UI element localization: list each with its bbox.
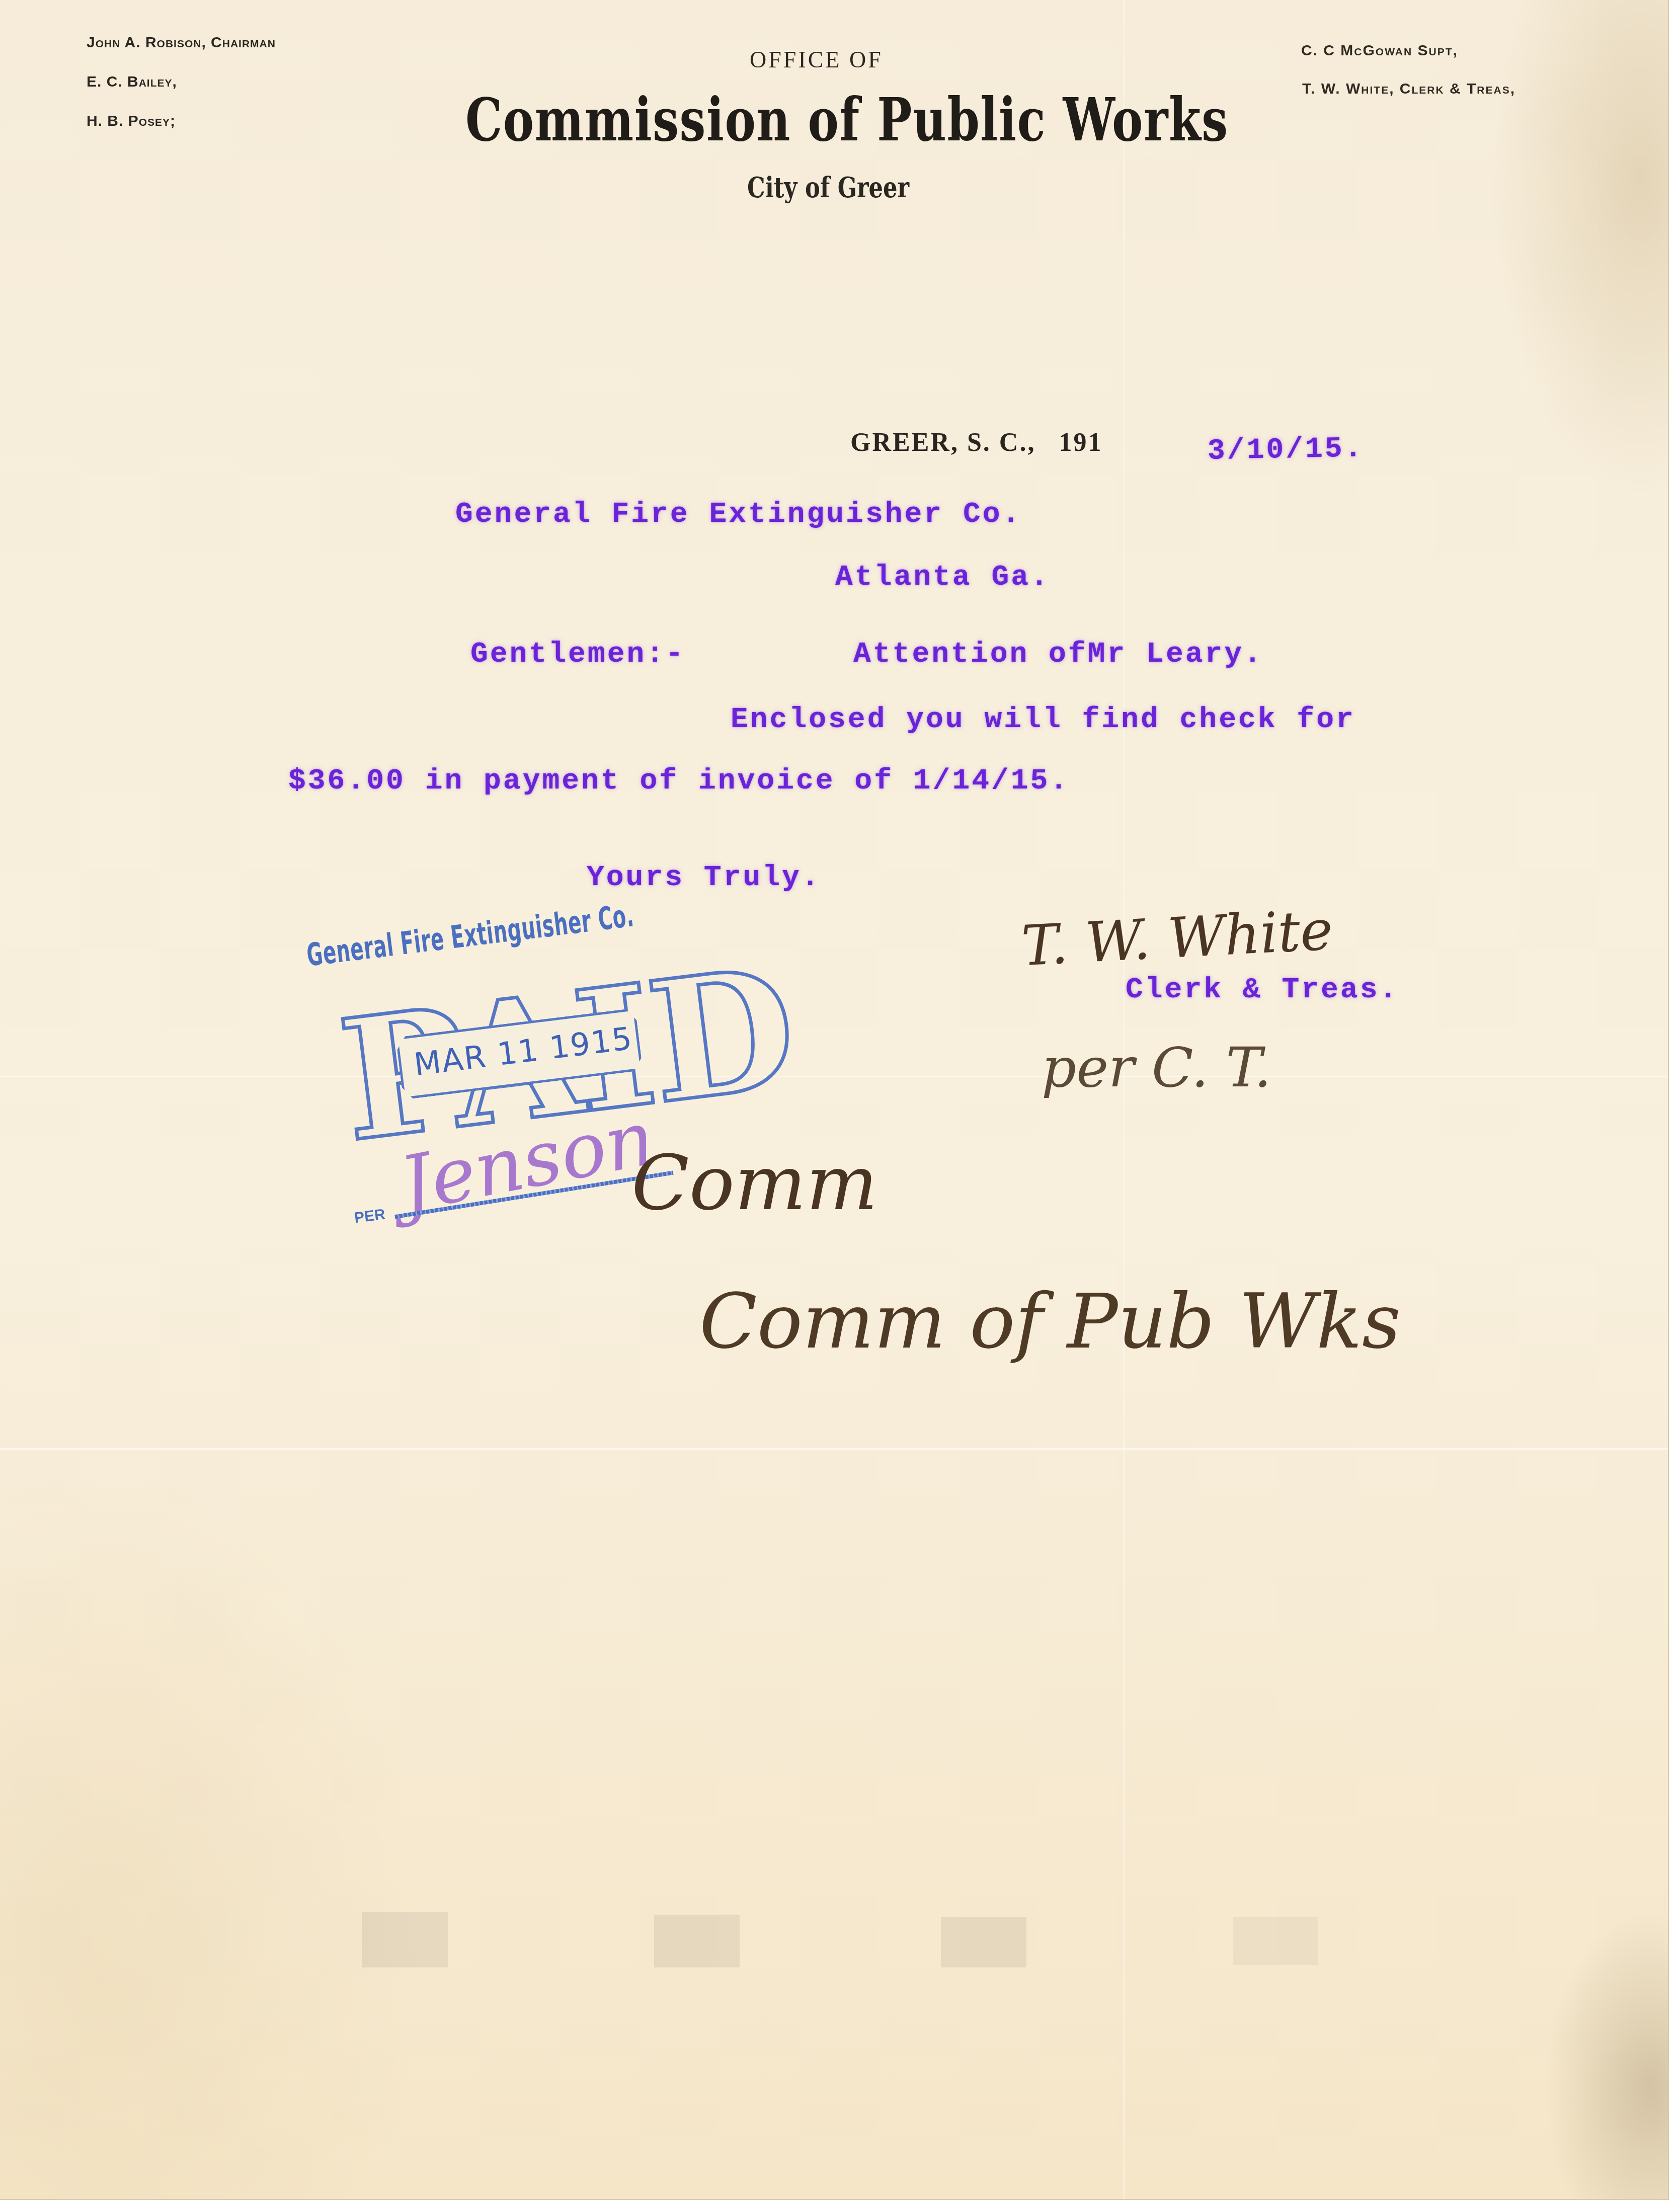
attention-line: Attention ofMr Leary. [853, 638, 1263, 671]
officer-posey: H. B. Posey; [87, 113, 176, 130]
bleed-through-mark [362, 1912, 448, 1967]
handwritten-note-comm: Comm [631, 1140, 878, 1227]
closing: Yours Truly. [587, 861, 821, 894]
dateline-place: GREER, S. C., 191 [850, 428, 1102, 457]
recipient-name: General Fire Extinguisher Co. [455, 498, 1021, 531]
handwritten-per-initials: per C. T. [1042, 1037, 1271, 1099]
dateline-place-text: GREER, S. C., [850, 428, 1035, 457]
organization-title: Commission of Public Works [465, 85, 1229, 154]
body-line-2: $36.00 in payment of invoice of 1/14/15. [288, 765, 1069, 798]
city-subtitle: City of Greer [747, 171, 909, 204]
stamp-per-label: PER [353, 1206, 386, 1227]
dateline-year-prefix: 191 [1059, 428, 1102, 457]
office-of-label: OFFICE OF [750, 46, 883, 73]
bleed-through-mark [941, 1917, 1026, 1967]
recipient-city: Atlanta Ga. [835, 561, 1050, 594]
bleed-through-mark [654, 1915, 740, 1967]
handwritten-note-comm-pub-wks: Comm of Pub Wks [699, 1278, 1401, 1366]
fold-crease-vertical [1123, 0, 1125, 2199]
officer-superintendent: C. C McGowan Supt, [1301, 42, 1458, 59]
handwritten-signature: T. W. White [1020, 898, 1334, 978]
salutation: Gentlemen:- [470, 638, 685, 671]
fold-crease-lower [0, 1448, 1668, 1450]
bleed-through-mark [1233, 1917, 1318, 1965]
officer-bailey: E. C. Bailey, [87, 73, 177, 91]
letter-page: John A. Robison, Chairman E. C. Bailey, … [0, 0, 1669, 2200]
body-line-1: Enclosed you will find check for [731, 703, 1355, 736]
officer-chairman: John A. Robison, Chairman [87, 34, 276, 51]
dateline-date: 3/10/15. [1207, 432, 1364, 467]
officer-clerk-treasurer: T. W. White, Clerk & Treas, [1302, 81, 1515, 98]
fold-crease-upper [0, 1076, 1668, 1077]
signatory-title: Clerk & Treas. [1126, 974, 1399, 1006]
